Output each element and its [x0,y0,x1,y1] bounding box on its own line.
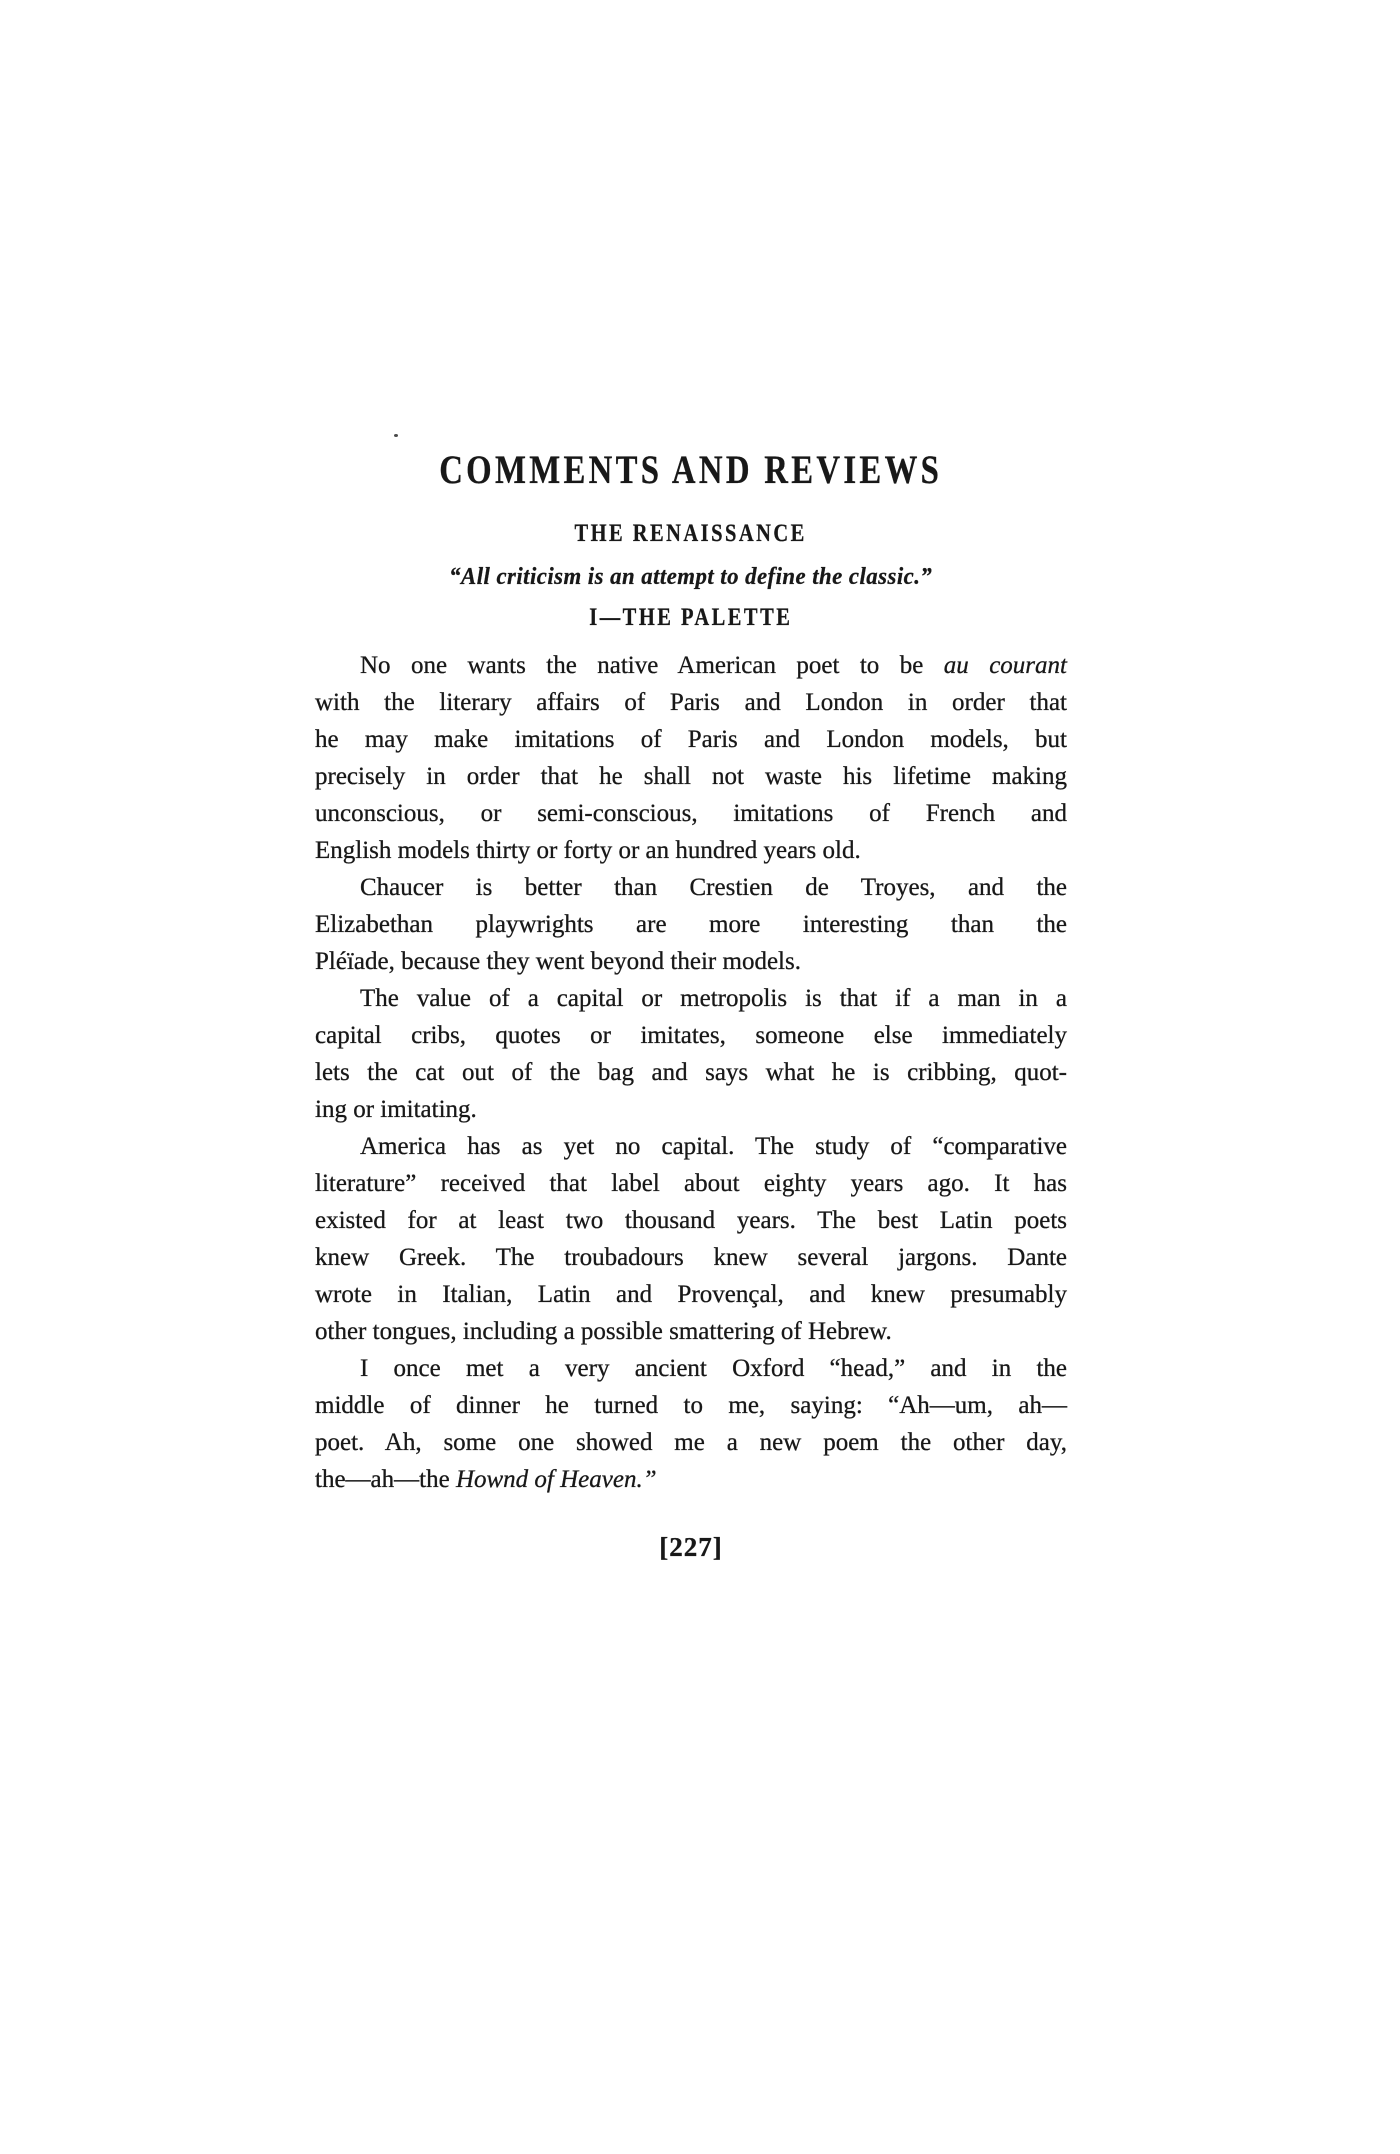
text-line: I once met a very ancient Oxford “head,”… [315,1350,1067,1387]
text-line: Chaucer is better than Crestien de Troye… [315,869,1067,906]
subsection-heading: I—THE PALETTE [315,604,1067,633]
text-line: existed for at least two thousand years.… [315,1202,1067,1239]
italic-phrase: Hownd of Heaven.” [456,1466,657,1493]
text-segment: Chaucer is better than Crestien de Troye… [360,874,1067,901]
text-segment: precisely in order that he shall not was… [315,763,1067,790]
text-segment: literature” received that label about ei… [315,1170,1067,1197]
text-line: America has as yet no capital. The study… [315,1128,1067,1165]
epigraph: “All criticism is an attempt to define t… [315,562,1067,591]
text-segment: America has as yet no capital. The study… [360,1133,1067,1160]
body-text: No one wants the native American poet to… [315,647,1067,1498]
text-segment: Pléïade, because they went beyond their … [315,948,801,975]
text-segment: wrote in Italian, Latin and Provençal, a… [315,1281,1067,1308]
text-line: No one wants the native American poet to… [315,647,1067,684]
text-line: he may make imitations of Paris and Lond… [315,721,1067,758]
text-segment: middle of dinner he turned to me, saying… [315,1392,1067,1419]
text-segment: he may make imitations of Paris and Lond… [315,726,1067,753]
text-segment: knew Greek. The troubadours knew several… [315,1244,1067,1271]
text-segment: with the literary affairs of Paris and L… [315,689,1067,716]
text-segment: I once met a very ancient Oxford “head,”… [360,1355,1067,1382]
text-line: lets the cat out of the bag and says wha… [315,1054,1067,1091]
text-segment: the—ah—the [315,1466,456,1493]
text-line: unconscious, or semi-conscious, imitatio… [315,795,1067,832]
text-line: with the literary affairs of Paris and L… [315,684,1067,721]
text-column: COMMENTS AND REVIEWS THE RENAISSANCE “Al… [315,0,1067,1563]
text-segment: The value of a capital or metropolis is … [360,985,1067,1012]
paragraph: The value of a capital or metropolis is … [315,980,1067,1128]
text-line: Elizabethan playwrights are more interes… [315,906,1067,943]
section-heading-text: THE RENAISSANCE [575,520,807,549]
paragraph: No one wants the native American poet to… [315,647,1067,869]
text-line: precisely in order that he shall not was… [315,758,1067,795]
text-segment: capital cribs, quotes or imitates, someo… [315,1022,1067,1049]
paragraph: Chaucer is better than Crestien de Troye… [315,869,1067,980]
section-heading: THE RENAISSANCE [315,520,1067,549]
text-line: the—ah—the Hownd of Heaven.” [315,1461,1067,1498]
text-line: knew Greek. The troubadours knew several… [315,1239,1067,1276]
text-line: wrote in Italian, Latin and Provençal, a… [315,1276,1067,1313]
italic-phrase: au courant [944,652,1067,679]
text-line: poet. Ah, some one showed me a new poem … [315,1424,1067,1461]
book-page: COMMENTS AND REVIEWS THE RENAISSANCE “Al… [0,0,1400,2154]
text-segment: No one wants the native American poet to… [360,652,944,679]
text-segment: English models thirty or forty or an hun… [315,837,861,864]
text-line: Pléïade, because they went beyond their … [315,943,1067,980]
text-segment: lets the cat out of the bag and says wha… [315,1059,1067,1086]
text-line: The value of a capital or metropolis is … [315,980,1067,1017]
text-line: other tongues, including a possible smat… [315,1313,1067,1350]
text-segment: poet. Ah, some one showed me a new poem … [315,1429,1067,1456]
subsection-heading-text: I—THE PALETTE [589,604,792,633]
paragraph: America has as yet no capital. The study… [315,1128,1067,1350]
page-title: COMMENTS AND REVIEWS [315,448,1067,492]
paragraph: I once met a very ancient Oxford “head,”… [315,1350,1067,1498]
text-segment: Elizabethan playwrights are more interes… [315,911,1067,938]
page-title-text: COMMENTS AND REVIEWS [440,448,943,492]
text-line: capital cribs, quotes or imitates, someo… [315,1017,1067,1054]
page-number: [227] [315,1532,1067,1563]
text-line: ing or imitating. [315,1091,1067,1128]
text-line: literature” received that label about ei… [315,1165,1067,1202]
text-segment: ing or imitating. [315,1096,477,1123]
text-line: English models thirty or forty or an hun… [315,832,1067,869]
text-segment: other tongues, including a possible smat… [315,1318,892,1345]
text-segment: unconscious, or semi-conscious, imitatio… [315,800,1067,827]
text-line: middle of dinner he turned to me, saying… [315,1387,1067,1424]
text-segment: existed for at least two thousand years.… [315,1207,1067,1234]
epigraph-text: “All criticism is an attempt to define t… [449,562,932,591]
